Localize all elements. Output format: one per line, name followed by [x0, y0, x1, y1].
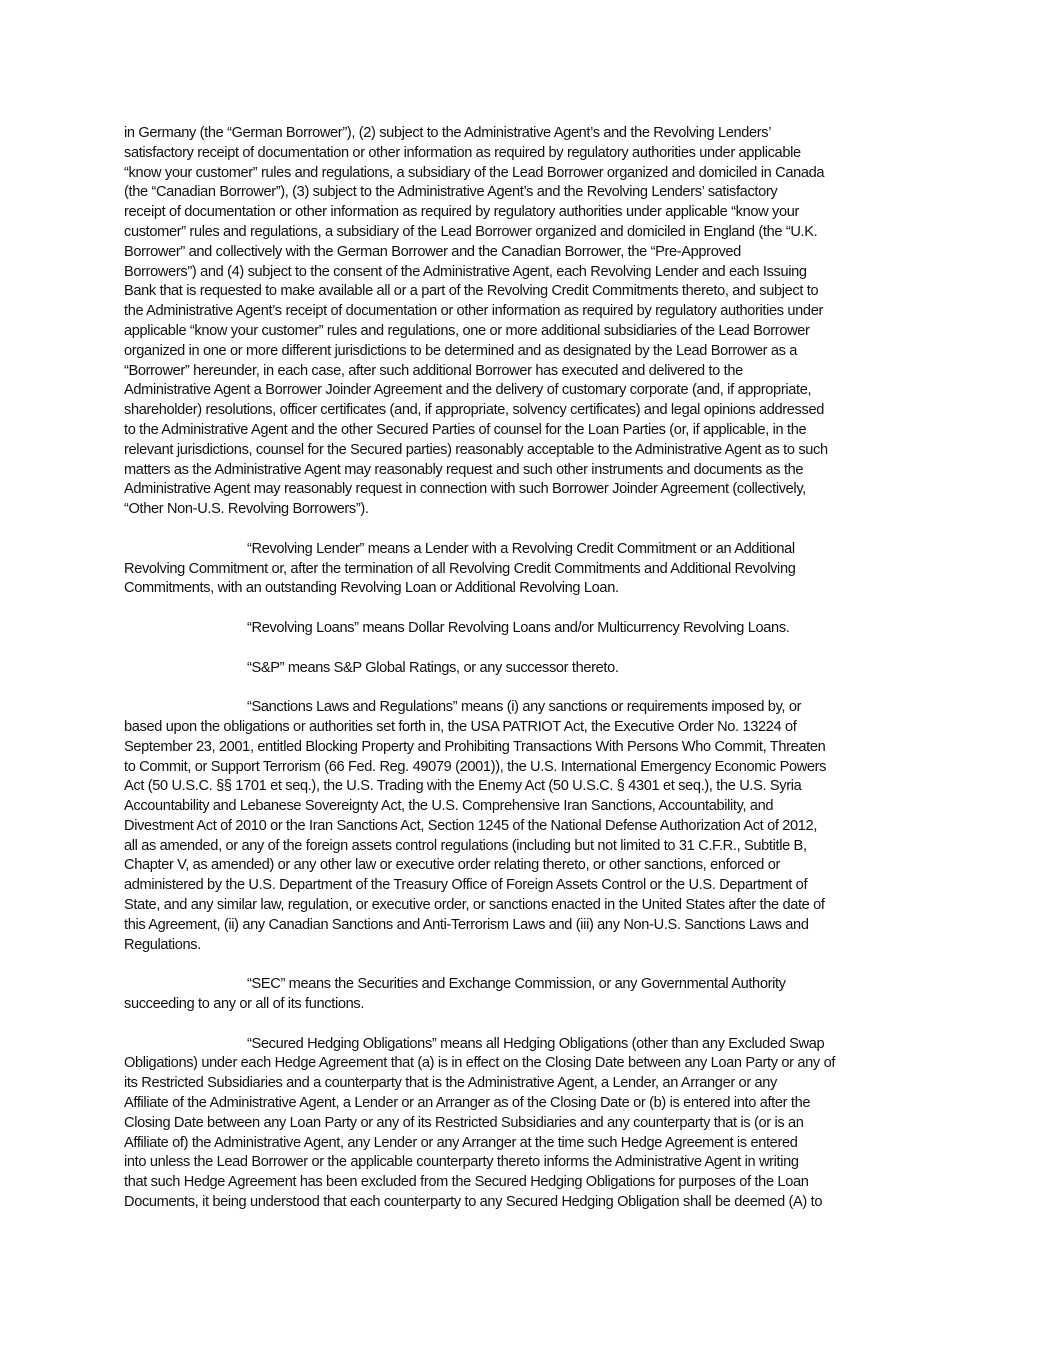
text-line: (the “Canadian Borrower”), (3) subject t… [124, 183, 944, 203]
document-page: in Germany (the “German Borrower”), (2) … [0, 0, 1055, 1365]
text-line: satisfactory receipt of documentation or… [124, 144, 944, 164]
text-line: Regulations. [124, 936, 944, 956]
definition-sec: “SEC” means the Securities and Exchange … [124, 975, 944, 1015]
definition-sp: “S&P” means S&P Global Ratings, or any s… [124, 659, 944, 679]
text-line: Accountability and Lebanese Sovereignty … [124, 797, 944, 817]
text-line: “Borrower” hereunder, in each case, afte… [124, 362, 944, 382]
text-line: State, and any similar law, regulation, … [124, 896, 944, 916]
text-line: “Revolving Lender” means a Lender with a… [124, 540, 944, 560]
text-line: Chapter V, as amended) or any other law … [124, 856, 944, 876]
text-line: Borrower” and collectively with the Germ… [124, 243, 944, 263]
text-line: “SEC” means the Securities and Exchange … [124, 975, 944, 995]
text-line: receipt of documentation or other inform… [124, 203, 944, 223]
text-line: shareholder) resolutions, officer certif… [124, 401, 944, 421]
text-line: this Agreement, (ii) any Canadian Sancti… [124, 916, 944, 936]
text-line: “S&P” means S&P Global Ratings, or any s… [124, 659, 944, 679]
text-line: the Administrative Agent’s receipt of do… [124, 302, 944, 322]
text-line: Bank that is requested to make available… [124, 282, 944, 302]
text-line: Revolving Commitment or, after the termi… [124, 560, 944, 580]
text-line: administered by the U.S. Department of t… [124, 876, 944, 896]
definition-revolving-loans: “Revolving Loans” means Dollar Revolving… [124, 619, 944, 639]
text-line: Commitments, with an outstanding Revolvi… [124, 579, 944, 599]
text-line: “Secured Hedging Obligations” means all … [124, 1035, 944, 1055]
text-line: that such Hedge Agreement has been exclu… [124, 1173, 944, 1193]
text-line: in Germany (the “German Borrower”), (2) … [124, 124, 944, 144]
text-line: Documents, it being understood that each… [124, 1193, 944, 1213]
text-line: into unless the Lead Borrower or the app… [124, 1153, 944, 1173]
text-line: relevant jurisdictions, counsel for the … [124, 441, 944, 461]
paragraph-borrowers-continuation: in Germany (the “German Borrower”), (2) … [124, 124, 944, 520]
text-line: Borrowers”) and (4) subject to the conse… [124, 263, 944, 283]
text-line: matters as the Administrative Agent may … [124, 461, 944, 481]
text-line: to the Administrative Agent and the othe… [124, 421, 944, 441]
document-body: in Germany (the “German Borrower”), (2) … [124, 124, 944, 1233]
text-line: organized in one or more different juris… [124, 342, 944, 362]
definition-secured-hedging-obligations: “Secured Hedging Obligations” means all … [124, 1035, 944, 1213]
text-line: succeeding to any or all of its function… [124, 995, 944, 1015]
definition-revolving-lender: “Revolving Lender” means a Lender with a… [124, 540, 944, 599]
text-line: its Restricted Subsidiaries and a counte… [124, 1074, 944, 1094]
text-line: based upon the obligations or authoritie… [124, 718, 944, 738]
text-line: Act (50 U.S.C. §§ 1701 et seq.), the U.S… [124, 777, 944, 797]
text-line: Closing Date between any Loan Party or a… [124, 1114, 944, 1134]
text-line: Administrative Agent may reasonably requ… [124, 480, 944, 500]
text-line: Divestment Act of 2010 or the Iran Sanct… [124, 817, 944, 837]
text-line: “Other Non-U.S. Revolving Borrowers”). [124, 500, 944, 520]
text-line: “know your customer” rules and regulatio… [124, 164, 944, 184]
text-line: Obligations) under each Hedge Agreement … [124, 1054, 944, 1074]
text-line: “Revolving Loans” means Dollar Revolving… [124, 619, 944, 639]
text-line: all as amended, or any of the foreign as… [124, 837, 944, 857]
text-line: applicable “know your customer” rules an… [124, 322, 944, 342]
text-line: Affiliate of) the Administrative Agent, … [124, 1134, 944, 1154]
text-line: September 23, 2001, entitled Blocking Pr… [124, 738, 944, 758]
text-line: Administrative Agent a Borrower Joinder … [124, 381, 944, 401]
text-line: Affiliate of the Administrative Agent, a… [124, 1094, 944, 1114]
text-line: to Commit, or Support Terrorism (66 Fed.… [124, 758, 944, 778]
text-line: “Sanctions Laws and Regulations” means (… [124, 698, 944, 718]
text-line: customer” rules and regulations, a subsi… [124, 223, 944, 243]
definition-sanctions-laws: “Sanctions Laws and Regulations” means (… [124, 698, 944, 955]
